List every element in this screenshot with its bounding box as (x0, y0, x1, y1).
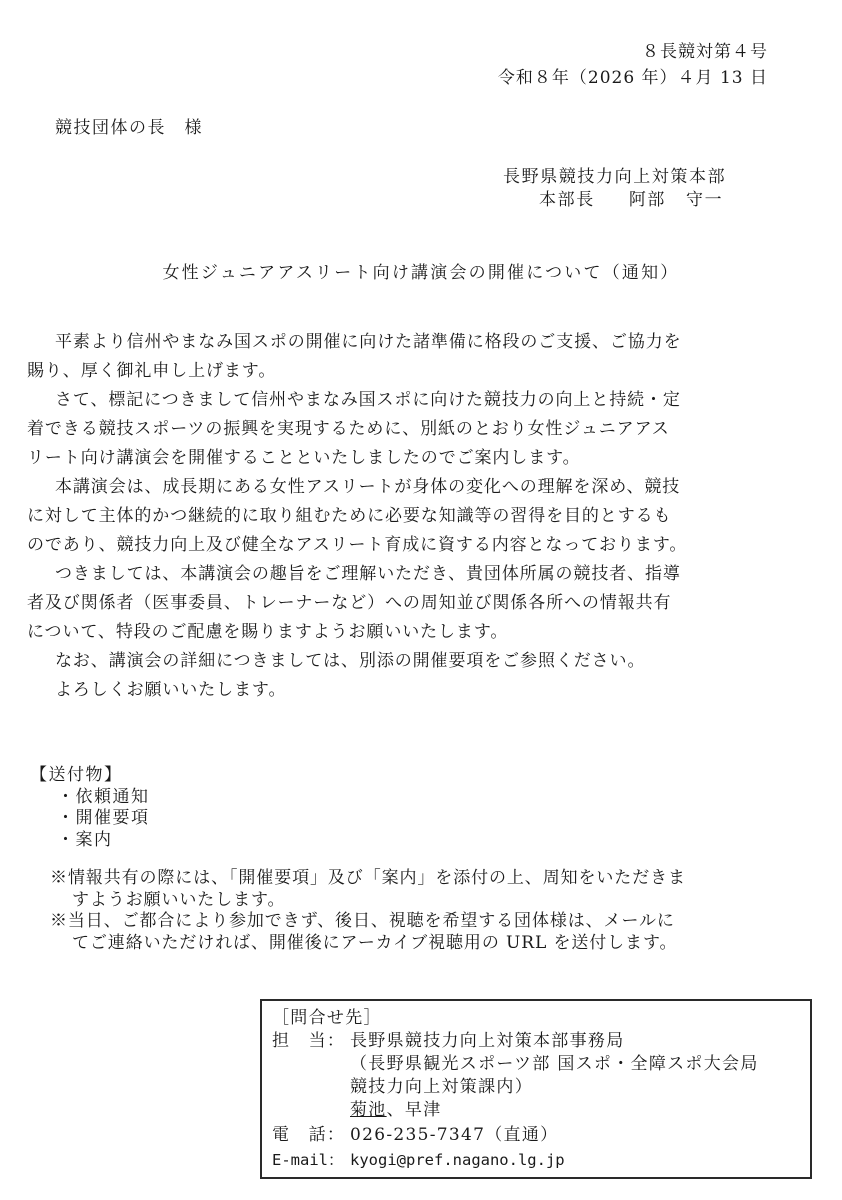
note-line: ※情報共有の際には、「開催要項」及び「案内」を添付の上、周知をいただきま (50, 868, 686, 890)
body-line: 者及び関係者（医事委員、トレーナーなど）への周知並び関係各所への情報共有 (27, 589, 817, 618)
enclosure-item: ・依頼通知 (30, 787, 150, 809)
enclosure-item: ・案内 (30, 830, 150, 852)
body-line: なお、講演会の詳細につきましては、別添の開催要項をご参照ください。 (27, 647, 817, 676)
body-line: リート向け講演会を開催することといたしましたのでご案内します。 (27, 444, 817, 473)
body-line: さて、標記につきまして信州やまなみ国スポに向けた競技力の向上と持続・定 (27, 386, 817, 415)
document-title: 女性ジュニアアスリート向け講演会の開催について（通知） (0, 258, 842, 283)
notes-section: ※情報共有の際には、「開催要項」及び「案内」を添付の上、周知をいただきま すよう… (50, 868, 686, 954)
body-line: つきましては、本講演会の趣旨をご理解いただき、貴団体所属の競技者、指導 (27, 560, 817, 589)
contact-phone[interactable]: 026-235-7347（直通） (350, 1125, 558, 1145)
body-line: に対して主体的かつ継続的に取り組むために必要な知識等の習得を目的とするも (27, 502, 817, 531)
body-line: 着できる競技スポーツの振興を実現するために、別紙のとおり女性ジュニアアス (27, 415, 817, 444)
body-text: 平素より信州やまなみ国スポの開催に向けた諸準備に格段のご支援、ご協力を 賜り、厚… (27, 328, 817, 705)
contact-person-label: 担 当： (272, 1030, 350, 1052)
note-line: ※当日、ご都合により参加できず、後日、視聴を希望する団体様は、メールに (50, 911, 686, 933)
document-date: 令和８年（2026 年）４月 13 日 (498, 63, 768, 88)
contact-staff-row: 菊池、早津 (350, 1099, 442, 1121)
contact-staff-primary: 菊池 (350, 1100, 387, 1120)
contact-phone-label: 電 話： (272, 1124, 350, 1146)
addressee: 競技団体の長 様 (55, 113, 203, 138)
note-line-continued: すようお願いいたします。 (50, 890, 686, 912)
sender-title: 本部長 (539, 190, 595, 210)
contact-staff-rest: 、早津 (387, 1100, 442, 1120)
body-line: について、特段のご配慮を賜りますようお願いいたします。 (27, 618, 817, 647)
contact-email-label: E-mail： (272, 1149, 350, 1171)
sender-family-name: 阿部 (629, 190, 666, 210)
contact-email-link[interactable]: kyogi@pref.nagano.lg.jp (350, 1151, 565, 1169)
contact-email-row: E-mail：kyogi@pref.nagano.lg.jp (272, 1149, 565, 1171)
sender-given-name: 守一 (686, 190, 723, 210)
contact-person-row: 担 当：長野県競技力向上対策本部事務局 (272, 1030, 625, 1052)
body-line: のであり、競技力向上及び健全なアスリート育成に資する内容となっております。 (27, 531, 817, 560)
enclosure-item: ・開催要項 (30, 808, 150, 830)
contact-dept-line2: 競技力向上対策課内） (350, 1076, 533, 1098)
enclosures-section: 【送付物】 ・依頼通知 ・開催要項 ・案内 (30, 765, 150, 851)
contact-office: 長野県競技力向上対策本部事務局 (350, 1031, 625, 1051)
sender-name-line: 本部長阿部守一 (539, 185, 723, 210)
note-line-continued: てご連絡いただければ、開催後にアーカイブ視聴用の URL を送付します。 (50, 933, 686, 955)
document-number: ８長競対第４号 (642, 37, 768, 62)
enclosures-heading: 【送付物】 (30, 765, 150, 787)
body-line: 賜り、厚く御礼申し上げます。 (27, 357, 817, 386)
body-line: よろしくお願いいたします。 (27, 676, 817, 705)
contact-dept-line1: （長野県観光スポーツ部 国スポ・全障スポ大会局 (350, 1053, 759, 1075)
contact-heading: ［問合せ先］ (272, 1007, 382, 1029)
sender-organization: 長野県競技力向上対策本部 (503, 162, 726, 187)
contact-phone-row: 電 話：026-235-7347（直通） (272, 1124, 558, 1146)
contact-box: ［問合せ先］ 担 当：長野県競技力向上対策本部事務局 （長野県観光スポーツ部 国… (260, 999, 812, 1179)
body-line: 平素より信州やまなみ国スポの開催に向けた諸準備に格段のご支援、ご協力を (27, 328, 817, 357)
body-line: 本講演会は、成長期にある女性アスリートが身体の変化への理解を深め、競技 (27, 473, 817, 502)
